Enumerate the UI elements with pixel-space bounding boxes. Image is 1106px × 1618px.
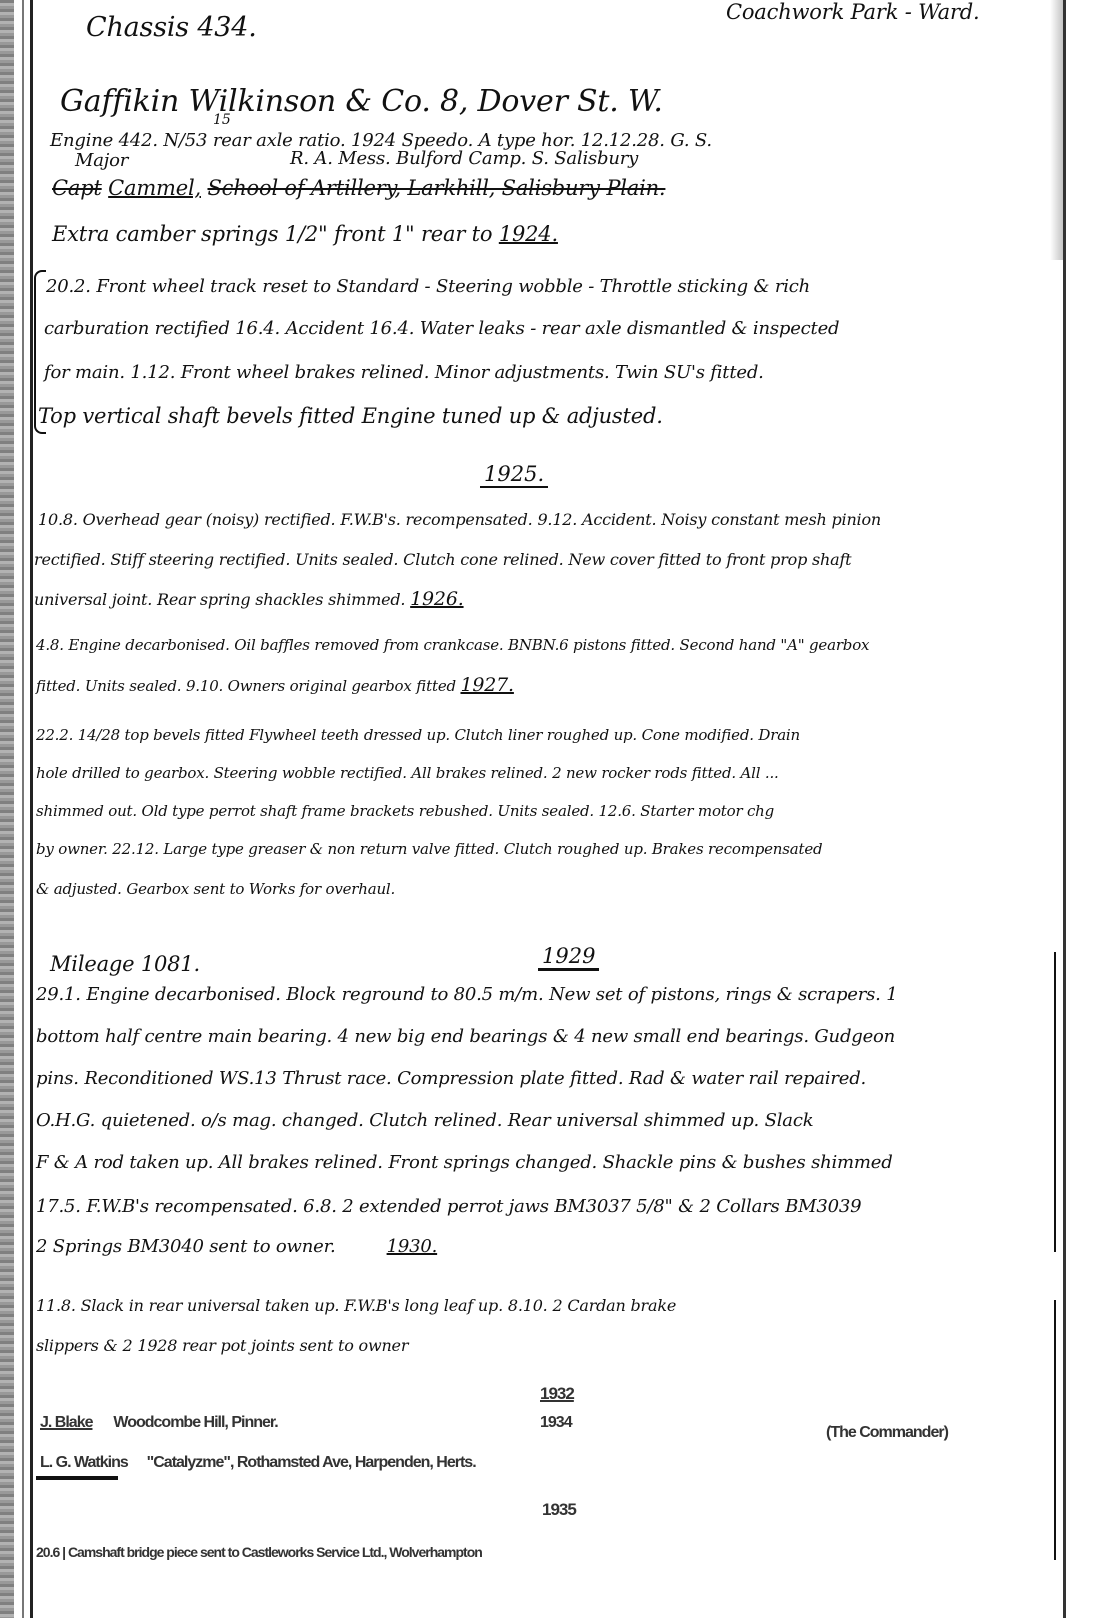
entry-line: hole drilled to gearbox. Steering wobble… xyxy=(36,764,779,782)
binding-edge xyxy=(0,0,14,1618)
entry-line: 20.2. Front wheel track reset to Standar… xyxy=(46,276,810,297)
year-1924: 1924. xyxy=(499,222,558,246)
owner-address: Woodcombe Hill, Pinner. xyxy=(113,1414,277,1431)
entry-line: 4.8. Engine decarbonised. Oil baffles re… xyxy=(36,636,869,654)
entry-line: 29.1. Engine decarbonised. Block regroun… xyxy=(36,984,897,1005)
struck-rank: Capt xyxy=(52,176,102,200)
entry-line: & adjusted. Gearbox sent to Works for ov… xyxy=(36,880,395,898)
first-owner: Gaffikin Wilkinson & Co. 8, Dover St. W. xyxy=(60,84,663,119)
entry-line: slippers & 2 1928 rear pot joints sent t… xyxy=(36,1336,408,1355)
margin-rule-outer xyxy=(22,0,24,1618)
entry-line: fitted. Units sealed. 9.10. Owners origi… xyxy=(36,674,514,696)
coachwork-note: Coachwork Park - Ward. xyxy=(726,0,980,24)
entry-text: Extra camber springs 1/2" front 1" rear … xyxy=(52,222,492,246)
entry-line: F & A rod taken up. All brakes relined. … xyxy=(36,1152,893,1173)
struck-address: School of Artillery, Larkhill, Salisbury… xyxy=(207,176,665,200)
entry-text: fitted. Units sealed. 9.10. Owners origi… xyxy=(36,677,456,695)
entry-line: O.H.G. quietened. o/s mag. changed. Clut… xyxy=(36,1110,813,1131)
right-margin-bracket xyxy=(1048,1300,1056,1560)
owner-address: "Catalyzme", Rothamsted Ave, Harpenden, … xyxy=(147,1454,476,1471)
scanned-service-record-page: Chassis 434. Coachwork Park - Ward. Gaff… xyxy=(0,0,1106,1618)
entry-text: universal joint. Rear spring shackles sh… xyxy=(34,590,405,609)
entry-line: pins. Reconditioned WS.13 Thrust race. C… xyxy=(36,1068,866,1089)
entry-line: 11.8. Slack in rear universal taken up. … xyxy=(36,1296,676,1315)
entry-line: bottom half centre main bearing. 4 new b… xyxy=(36,1026,895,1047)
entry-line: 2 Springs BM3040 sent to owner. 1930. xyxy=(36,1236,437,1257)
entry-text: 2 Springs BM3040 sent to owner. xyxy=(36,1236,336,1257)
year-1927: 1927. xyxy=(460,674,513,696)
margin-rule-left xyxy=(30,0,33,1618)
entry-line: universal joint. Rear spring shackles sh… xyxy=(34,588,464,610)
entry-line: 17.5. F.W.B's recompensated. 6.8. 2 exte… xyxy=(36,1196,861,1217)
later-owner-row: L. G. Watkins "Catalyzme", Rothamsted Av… xyxy=(40,1454,476,1472)
extra-camber-entry: Extra camber springs 1/2" front 1" rear … xyxy=(52,222,558,246)
underline-bar xyxy=(36,1476,118,1480)
entry-line: 10.8. Overhead gear (noisy) rectified. F… xyxy=(38,510,881,529)
year-1929: 1929 xyxy=(538,944,599,971)
entry-line: carburation rectified 16.4. Accident 16.… xyxy=(44,318,839,339)
owner-note: (The Commander) xyxy=(826,1424,948,1442)
mileage-note: Mileage 1081. xyxy=(50,952,200,976)
owner-name: Cammel, xyxy=(108,176,201,200)
margin-rule-right xyxy=(1063,0,1066,1618)
entry-line: shimmed out. Old type perrot shaft frame… xyxy=(36,802,774,820)
right-edge-shadow xyxy=(1050,0,1064,260)
chassis-number: Chassis 434. xyxy=(86,12,257,43)
year-1925: 1925. xyxy=(480,462,548,488)
year-1926: 1926. xyxy=(410,588,463,610)
year-1932: 1932 xyxy=(540,1384,574,1404)
right-margin-bracket xyxy=(1048,952,1056,1252)
second-owner-line: Capt Cammel, School of Artillery, Larkhi… xyxy=(52,176,665,200)
owner-name: J. Blake xyxy=(40,1414,92,1431)
entry-bracket xyxy=(34,270,46,434)
year-1934: 1934 xyxy=(540,1414,572,1432)
entry-line: 20.6 | Camshaft bridge piece sent to Cas… xyxy=(36,1544,482,1560)
owner-name: L. G. Watkins xyxy=(40,1454,128,1471)
entry-line: Top vertical shaft bevels fitted Engine … xyxy=(38,404,663,428)
entry-line: 22.2. 14/28 top bevels fitted Flywheel t… xyxy=(36,726,800,744)
year-1930: 1930. xyxy=(387,1236,438,1257)
entry-line: for main. 1.12. Front wheel brakes relin… xyxy=(44,362,764,383)
entry-line: by owner. 22.12. Large type greaser & no… xyxy=(36,840,822,858)
engine-superscript: 15 xyxy=(213,112,231,128)
rank-correction: Major xyxy=(75,150,128,171)
address-insert: R. A. Mess. Bulford Camp. S. Salisbury xyxy=(290,148,638,169)
entry-line: rectified. Stiff steering rectified. Uni… xyxy=(34,550,851,569)
later-owner-row: J. Blake Woodcombe Hill, Pinner. xyxy=(40,1414,278,1432)
year-1935: 1935 xyxy=(542,1500,576,1520)
